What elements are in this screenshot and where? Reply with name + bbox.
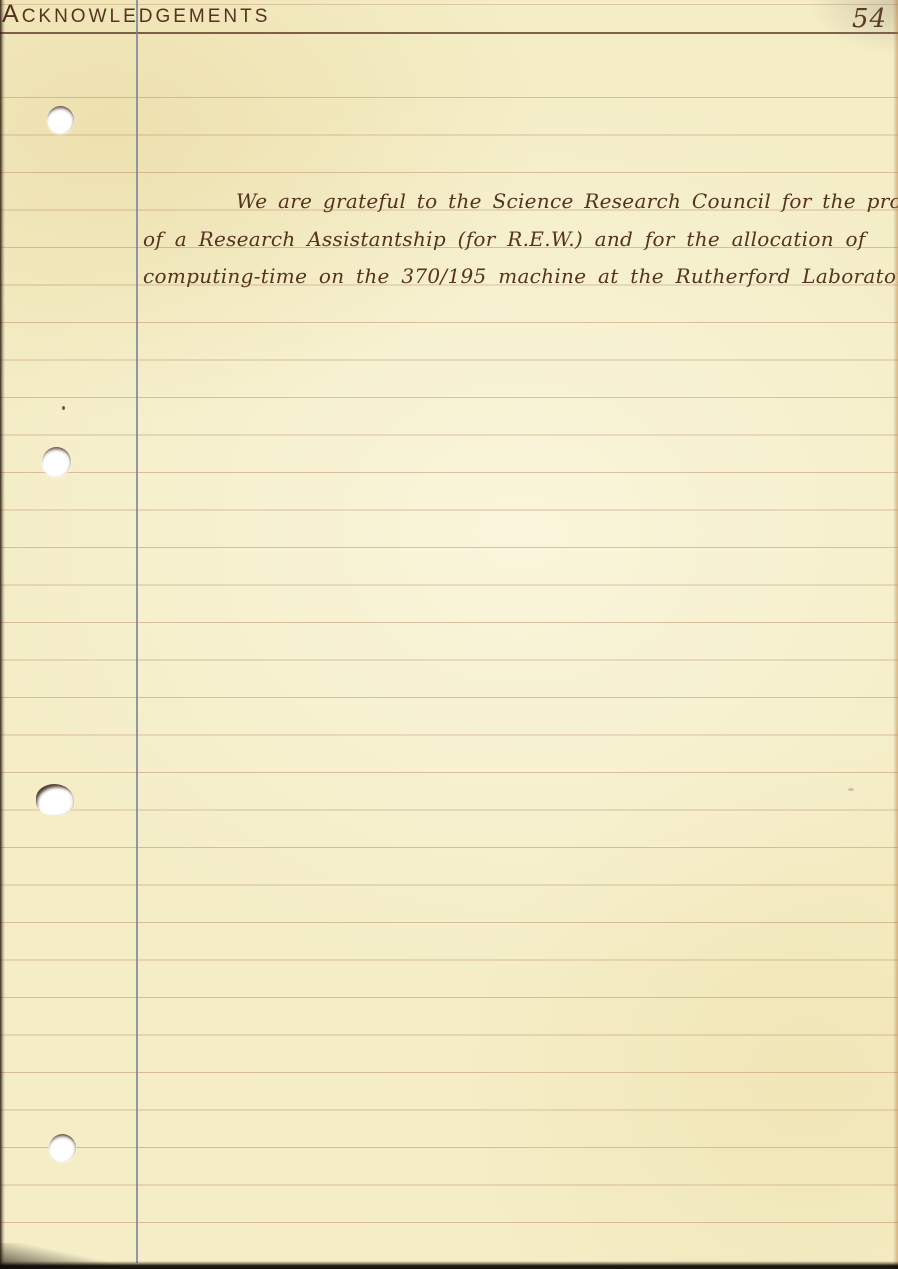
punch-hole: [42, 447, 71, 477]
handwritten-line: of a Research Assistantship (for R.E.W.)…: [143, 227, 866, 251]
scan-edge: [0, 0, 5, 1269]
punch-hole-torn: [36, 784, 74, 815]
punch-hole: [47, 106, 74, 134]
smudge: [848, 788, 854, 791]
handwritten-line: computing-time on the 370/195 machine at…: [143, 264, 898, 288]
scan-edge: [893, 0, 898, 1269]
scan-corner-shadow: [808, 0, 898, 55]
notebook-page: 54 ACKNOWLEDGEMENTS We are grateful to t…: [0, 0, 898, 1269]
scan-edge: [0, 1261, 898, 1269]
margin-line: [136, 0, 138, 1263]
top-rule-line: [0, 4, 898, 5]
punch-hole: [49, 1134, 76, 1162]
ink-speck: [62, 406, 65, 410]
page-title: ACKNOWLEDGEMENTS: [0, 0, 898, 34]
handwritten-line: We are grateful to the Science Research …: [236, 189, 898, 213]
